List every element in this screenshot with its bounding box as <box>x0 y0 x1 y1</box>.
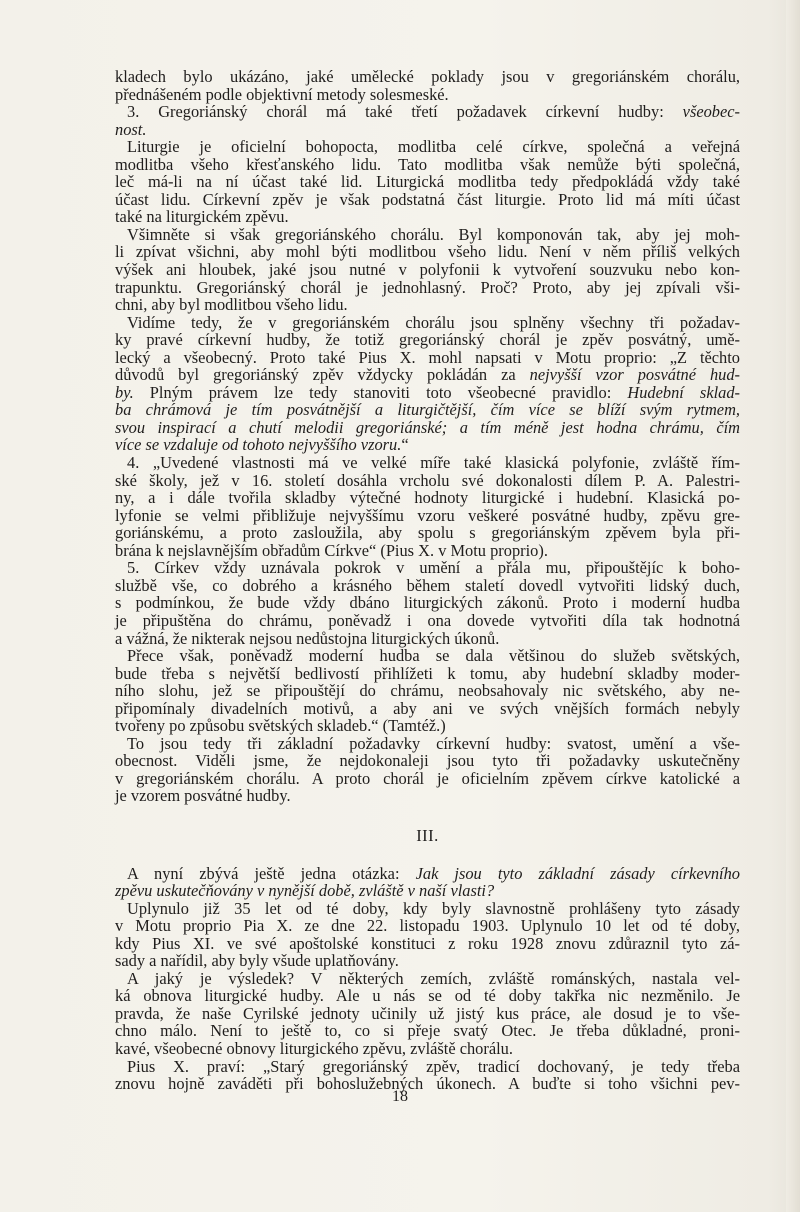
text-line: sady a nařídil, aby byly všude uplatňová… <box>115 952 740 970</box>
page-edge-shadow <box>786 0 800 1212</box>
text-run: ky pravé církevní hudby, že totiž gregor… <box>115 330 740 349</box>
text-run: je vzorem posvátné hudby. <box>115 786 291 805</box>
paragraph: Uplynulo již 35 let od té doby, kdy byly… <box>115 900 740 970</box>
text-run: přednášeném podle objektivní metody sole… <box>115 85 449 104</box>
text-run: A nyní zbývá ještě jedna otázka: <box>127 864 416 883</box>
text-run: Všimněte si však gregoriánského chorálu.… <box>127 225 740 244</box>
spacer <box>115 845 740 865</box>
text-run: v gregoriánském chorálu. A proto chorál … <box>115 769 740 788</box>
text-run: pravda, že naše Cyrilské jednoty učinily… <box>115 1004 740 1023</box>
text-run: ního slohu, jež se připouštějí do chrámu… <box>115 681 740 700</box>
text-line: trapunktu. Gregoriánský chorál je jednoh… <box>115 279 740 297</box>
paragraph: Liturgie je oficielní bohopocta, modlitb… <box>115 138 740 226</box>
italic-run: svou inspirací a chutí melodii gregorián… <box>115 418 740 437</box>
text-line: pravda, že naše Cyrilské jednoty učinily… <box>115 1005 740 1023</box>
paragraph: Všimněte si však gregoriánského chorálu.… <box>115 226 740 314</box>
text-run: připomínaly divadelních motivů, a aby an… <box>115 699 740 718</box>
text-run: leč má-li na ní účast také lid. Liturgic… <box>115 172 740 191</box>
text-run: ské školy, jež v 16. století dosáhla vrc… <box>115 471 740 490</box>
text-line: připomínaly divadelních motivů, a aby an… <box>115 700 740 718</box>
text-run: To jsou tedy tři základní požadavky círk… <box>127 734 740 753</box>
paragraph: Vidíme tedy, že v gregoriánském chorálu … <box>115 314 740 454</box>
paragraph: 4. „Uvedené vlastnosti má ve velké míře … <box>115 454 740 559</box>
text-run: obecnost. Viděli jsme, že nejdokonaleji … <box>115 751 740 770</box>
text-run: li zpívat všichni, aby mohl býti modlitb… <box>115 242 740 261</box>
italic-run: zpěvu uskutečňovány v nynější době, zvlá… <box>115 881 494 900</box>
section-after-heading: A nyní zbývá ještě jedna otázka: Jak jso… <box>115 865 740 1093</box>
text-line: leč má-li na ní účast také lid. Liturgic… <box>115 173 740 191</box>
text-line: více se vzdaluje od tohoto nejvyššího vz… <box>115 436 740 454</box>
text-line: modlitba všeho křesťanského lidu. Tato m… <box>115 156 740 174</box>
text-line: také na liturgickém zpěvu. <box>115 208 740 226</box>
text-line: ny, a i dále tvořila skladby výtečné hod… <box>115 489 740 507</box>
text-run: kavé, všeobecné obnovy liturgického zpěv… <box>115 1039 513 1058</box>
text-line: brána k nejslavnějším obřadům Církve“ (P… <box>115 542 740 560</box>
text-line: kavé, všeobecné obnovy liturgického zpěv… <box>115 1040 740 1058</box>
text-run: Vidíme tedy, že v gregoriánském chorálu … <box>127 313 740 332</box>
text-line: ká obnova liturgické hudby. Ale u nás se… <box>115 987 740 1005</box>
text-run: chno málo. Není to ještě to, co si přeje… <box>115 1021 740 1040</box>
spacer <box>115 805 740 827</box>
text-run: důvodů byl gregoriánský zpěv vždycky pok… <box>115 365 530 384</box>
text-run: ny, a i dále tvořila skladby výtečné hod… <box>115 488 740 507</box>
text-line: ního slohu, jež se připouštějí do chrámu… <box>115 682 740 700</box>
text-line: je vzorem posvátné hudby. <box>115 787 740 805</box>
text-run: lyfonie se velmi přibližuje nejvyššímu v… <box>115 506 740 525</box>
book-page: kladech bylo ukázáno, jaké umělecké pokl… <box>0 0 800 1212</box>
text-line: To jsou tedy tři základní požadavky círk… <box>115 735 740 753</box>
text-run: Pius X. praví: „Starý gregoriánský zpěv,… <box>127 1057 740 1076</box>
text-run: 3. Gregoriánský chorál má také třetí pož… <box>127 102 683 121</box>
paragraph: A jaký je výsledek? V některých zemích, … <box>115 970 740 1058</box>
text-run: bude třeba s největší bedlivostí přihlíž… <box>115 664 740 683</box>
text-line: účast lidu. Církevní zpěv je však podsta… <box>115 191 740 209</box>
italic-run: více se vzdaluje od tohoto nejvyššího vz… <box>115 435 401 454</box>
text-run: Přece však, poněvadž moderní hudba se da… <box>127 646 740 665</box>
text-run: A jaký je výsledek? V některých zemích, … <box>127 969 740 988</box>
italic-run: by. <box>115 383 134 402</box>
paragraph: To jsou tedy tři základní požadavky círk… <box>115 735 740 805</box>
text-line: důvodů byl gregoriánský zpěv vždycky pok… <box>115 366 740 384</box>
text-run: Plným právem lze tedy stanoviti toto vše… <box>134 383 628 402</box>
italic-run: všeobec- <box>683 102 740 121</box>
text-run: chni, aby byl modlitbou všeho lidu. <box>115 295 348 314</box>
text-run: službě vše, co dobrého a krásného během … <box>115 576 740 595</box>
text-line: A nyní zbývá ještě jedna otázka: Jak jso… <box>115 865 740 883</box>
text-line: Liturgie je oficielní bohopocta, modlitb… <box>115 138 740 156</box>
text-run: Liturgie je oficielní bohopocta, modlitb… <box>127 137 740 156</box>
text-line: Pius X. praví: „Starý gregoriánský zpěv,… <box>115 1058 740 1076</box>
text-run: výšek ani hloubek, jaké jsou nutné v pol… <box>115 260 740 279</box>
text-line: nost. <box>115 121 740 139</box>
text-line: ky pravé církevní hudby, že totiž gregor… <box>115 331 740 349</box>
text-run: tvořeny po způsobu světských skladeb.“ (… <box>115 716 446 735</box>
text-line: chni, aby byl modlitbou všeho lidu. <box>115 296 740 314</box>
text-run: trapunktu. Gregoriánský chorál je jednoh… <box>115 278 740 297</box>
text-line: goriánskému, a proto zasloužila, aby spo… <box>115 524 740 542</box>
italic-run: nost. <box>115 120 146 139</box>
text-line: A jaký je výsledek? V některých zemích, … <box>115 970 740 988</box>
paragraph: A nyní zbývá ještě jedna otázka: Jak jso… <box>115 865 740 900</box>
text-run: účast lidu. Církevní zpěv je však podsta… <box>115 190 740 209</box>
page-number: 18 <box>0 1088 800 1106</box>
text-line: lyfonie se velmi přibližuje nejvyššímu v… <box>115 507 740 525</box>
text-line: v Motu proprio Pia X. ze dne 22. listopa… <box>115 917 740 935</box>
paragraph: kladech bylo ukázáno, jaké umělecké pokl… <box>115 68 740 103</box>
text-line: zpěvu uskutečňovány v nynější době, zvlá… <box>115 882 740 900</box>
text-line: službě vše, co dobrého a krásného během … <box>115 577 740 595</box>
text-run: a vážná, že nikterak nejsou nedůstojna l… <box>115 629 499 648</box>
text-line: kdy Pius XI. ve své apoštolské konstituc… <box>115 935 740 953</box>
text-run: 4. „Uvedené vlastnosti má ve velké míře … <box>127 453 740 472</box>
text-line: lecký a všeobecný. Proto také Pius X. mo… <box>115 349 740 367</box>
text-run: kdy Pius XI. ve své apoštolské konstituc… <box>115 934 740 953</box>
page-body-text: kladech bylo ukázáno, jaké umělecké pokl… <box>115 68 740 1093</box>
text-run: ká obnova liturgické hudby. Ale u nás se… <box>115 986 740 1005</box>
text-run: také na liturgickém zpěvu. <box>115 207 289 226</box>
text-run: je připuštěna do chrámu, poněvadž i ona … <box>115 611 740 630</box>
text-run: 5. Církev vždy uznávala pokrok v umění a… <box>127 558 740 577</box>
text-run: s podmínkou, že bude vždy dbáno liturgic… <box>115 593 740 612</box>
italic-run: Jak jsou tyto základní zásady církevního <box>416 864 740 883</box>
text-run: kladech bylo ukázáno, jaké umělecké pokl… <box>115 67 740 86</box>
section-before-heading: kladech bylo ukázáno, jaké umělecké pokl… <box>115 68 740 805</box>
text-line: v gregoriánském chorálu. A proto chorál … <box>115 770 740 788</box>
text-line: Přece však, poněvadž moderní hudba se da… <box>115 647 740 665</box>
text-line: bude třeba s největší bedlivostí přihlíž… <box>115 665 740 683</box>
text-line: s podmínkou, že bude vždy dbáno liturgic… <box>115 594 740 612</box>
text-line: Vidíme tedy, že v gregoriánském chorálu … <box>115 314 740 332</box>
text-run: brána k nejslavnějším obřadům Církve“ (P… <box>115 541 548 560</box>
text-line: výšek ani hloubek, jaké jsou nutné v pol… <box>115 261 740 279</box>
text-line: 5. Církev vždy uznávala pokrok v umění a… <box>115 559 740 577</box>
text-run: goriánskému, a proto zasloužila, aby spo… <box>115 523 740 542</box>
text-run: lecký a všeobecný. Proto také Pius X. mo… <box>115 348 740 367</box>
text-line: ské školy, jež v 16. století dosáhla vrc… <box>115 472 740 490</box>
text-run: sady a nařídil, aby byly všude uplatňová… <box>115 951 399 970</box>
text-run: Uplynulo již 35 let od té doby, kdy byly… <box>127 899 740 918</box>
text-line: a vážná, že nikterak nejsou nedůstojna l… <box>115 630 740 648</box>
paragraph: 5. Církev vždy uznávala pokrok v umění a… <box>115 559 740 647</box>
text-line: 3. Gregoriánský chorál má také třetí pož… <box>115 103 740 121</box>
text-line: je připuštěna do chrámu, poněvadž i ona … <box>115 612 740 630</box>
section-heading: III. <box>115 827 740 845</box>
text-line: Všimněte si však gregoriánského chorálu.… <box>115 226 740 244</box>
text-line: li zpívat všichni, aby mohl býti modlitb… <box>115 243 740 261</box>
text-run: “ <box>401 435 408 454</box>
text-line: přednášeném podle objektivní metody sole… <box>115 86 740 104</box>
text-line: tvořeny po způsobu světských skladeb.“ (… <box>115 717 740 735</box>
text-line: kladech bylo ukázáno, jaké umělecké pokl… <box>115 68 740 86</box>
italic-run: nejvyšší vzor posvátné hud- <box>530 365 740 384</box>
italic-run: ba chrámová je tím posvátnější a liturgi… <box>115 400 740 419</box>
paragraph: 3. Gregoriánský chorál má také třetí pož… <box>115 103 740 138</box>
text-line: ba chrámová je tím posvátnější a liturgi… <box>115 401 740 419</box>
text-run: modlitba všeho křesťanského lidu. Tato m… <box>115 155 740 174</box>
text-run: v Motu proprio Pia X. ze dne 22. listopa… <box>115 916 740 935</box>
text-line: obecnost. Viděli jsme, že nejdokonaleji … <box>115 752 740 770</box>
text-line: by. Plným právem lze tedy stanoviti toto… <box>115 384 740 402</box>
paragraph: Přece však, poněvadž moderní hudba se da… <box>115 647 740 735</box>
text-line: 4. „Uvedené vlastnosti má ve velké míře … <box>115 454 740 472</box>
text-line: chno málo. Není to ještě to, co si přeje… <box>115 1022 740 1040</box>
text-line: Uplynulo již 35 let od té doby, kdy byly… <box>115 900 740 918</box>
text-line: svou inspirací a chutí melodii gregorián… <box>115 419 740 437</box>
italic-run: Hudební sklad- <box>627 383 740 402</box>
